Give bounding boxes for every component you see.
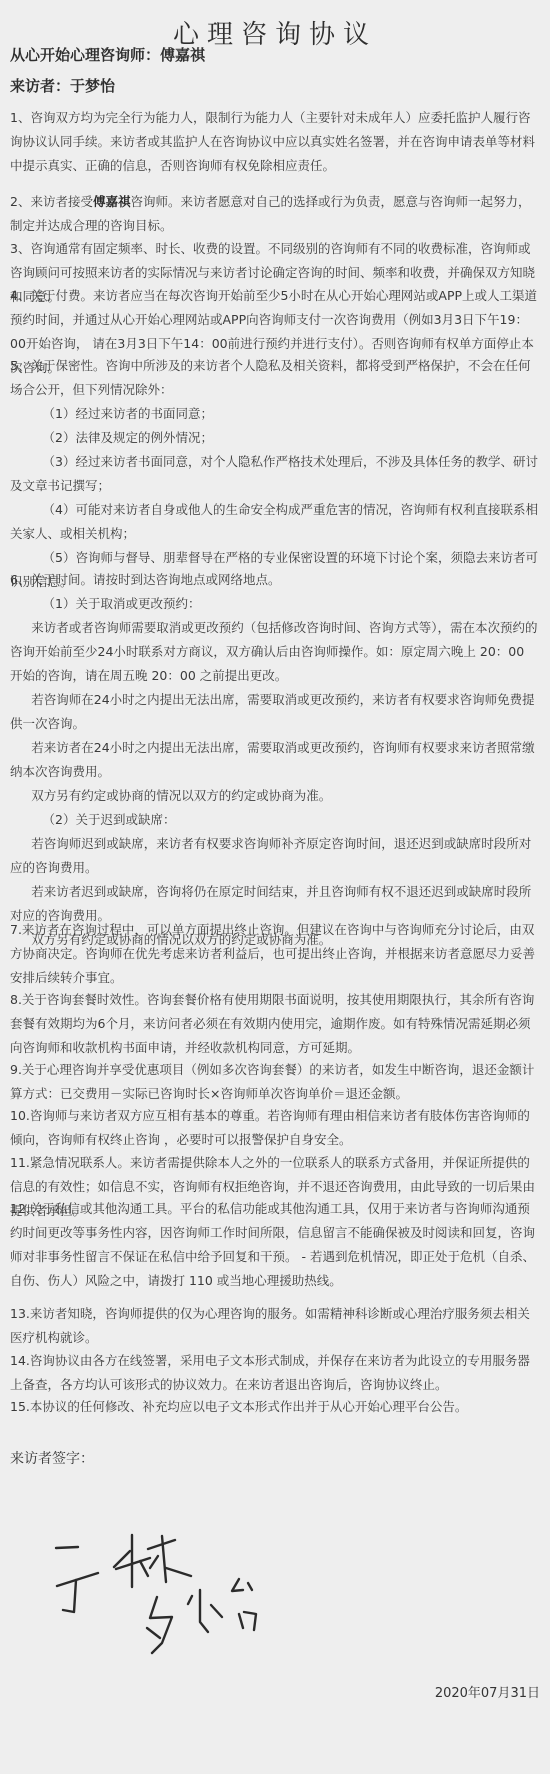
visitor-label: 来访者：	[10, 77, 70, 95]
clause-6-sub1-title: （1）关于取消或更改预约：	[10, 592, 540, 616]
visitor-line: 来访者：于梦怡	[10, 76, 115, 96]
clause-6-sub1-p2: 若咨询师在24小时之内提出无法出席，需要取消或更改预约，来访者有权要求咨询师免费…	[10, 688, 540, 736]
clause-1: 1、咨询双方均为完全行为能力人，限制行为能力人（主要针对未成年人）应委托监护人履…	[10, 106, 540, 178]
signature-label: 来访者签字：	[10, 1448, 94, 1468]
handwritten-signature	[0, 1500, 300, 1660]
clause-15: 15.本协议的任何修改、补充均应以电子文本形式作出并于从心开始心理平台公告。	[10, 1395, 540, 1419]
clause-5-intro: 5、关于保密性。咨询中所涉及的来访者个人隐私及相关资料，都将受到严格保护，不会在…	[10, 358, 530, 397]
clause-6-intro: 6、关于时间。请按时到达咨询地点或网络地点。	[10, 572, 280, 587]
clause-5-item-2: （2）法律及规定的例外情况；	[10, 426, 540, 450]
clause-6-sub1-p1: 来访者或者咨询师需要取消或更改预约（包括修改咨询时间、咨询方式等），需在本次预约…	[10, 616, 540, 688]
clause-9: 9.关于心理咨询并享受优惠项目（例如多次咨询套餐）的来访者，如发生中断咨询，退还…	[10, 1058, 540, 1106]
clause-8: 8.关于咨询套餐时效性。咨询套餐价格有使用期限书面说明，按其使用期限执行，其余所…	[10, 988, 540, 1060]
visitor-name: 于梦怡	[70, 77, 115, 95]
clause-5: 5、关于保密性。咨询中所涉及的来访者个人隐私及相关资料，都将受到严格保护，不会在…	[10, 354, 540, 594]
clause-5-item-1: （1）经过来访者的书面同意；	[10, 402, 540, 426]
clause-6-sub1-p4: 双方另有约定或协商的情况以双方的约定或协商为准。	[10, 784, 540, 808]
clause-2-counselor-name: 傅嘉祺	[93, 194, 131, 209]
clause-5-item-3: （3）经过来访者书面同意，对个人隐私作严格技术处理后，不涉及具体任务的教学、研讨…	[10, 450, 540, 498]
clause-10: 10.咨询师与来访者双方应互相有基本的尊重。若咨询师有理由相信来访者有肢体伤害咨…	[10, 1104, 540, 1152]
clause-5-item-4: （4）可能对来访者自身或他人的生命安全构成严重危害的情况，咨询师有权利直接联系相…	[10, 498, 540, 546]
clause-6: 6、关于时间。请按时到达咨询地点或网络地点。 （1）关于取消或更改预约： 来访者…	[10, 568, 540, 952]
clause-2: 2、来访者接受傅嘉祺咨询师。来访者愿意对自己的选择或行为负责，愿意与咨询师一起努…	[10, 190, 540, 238]
clause-6-sub2-p1: 若咨询师迟到或缺席，来访者有权要求咨询师补齐原定咨询时间，退还迟到或缺席时段所对…	[10, 832, 540, 880]
counselor-line: 从心开始心理咨询师：傅嘉祺	[10, 45, 205, 65]
counselor-label: 从心开始心理咨询师：	[10, 46, 160, 64]
clause-6-sub2-title: （2）关于迟到或缺席：	[10, 808, 540, 832]
clause-7: 7.来访者在咨询过程中，可以单方面提出终止咨询。但建议在咨询中与咨询师充分讨论后…	[10, 918, 540, 990]
clause-13: 13.来访者知晓，咨询师提供的仅为心理咨询的服务。如需精神科诊断或心理治疗服务须…	[10, 1302, 540, 1350]
clause-2-prefix: 2、来访者接受	[10, 194, 93, 209]
clause-14: 14.咨询协议由各方在线签署，采用电子文本形式制成，并保存在来访者为此设立的专用…	[10, 1349, 540, 1397]
counselor-name: 傅嘉祺	[160, 46, 205, 64]
signature-date: 2020年07月31日	[435, 1682, 540, 1701]
clause-12: 12.关于私信或其他沟通工具。平台的私信功能或其他沟通工具，仅用于来访者与咨询师…	[10, 1197, 540, 1293]
clause-6-sub1-p3: 若来访者在24小时之内提出无法出席，需要取消或更改预约，咨询师有权要求来访者照常…	[10, 736, 540, 784]
